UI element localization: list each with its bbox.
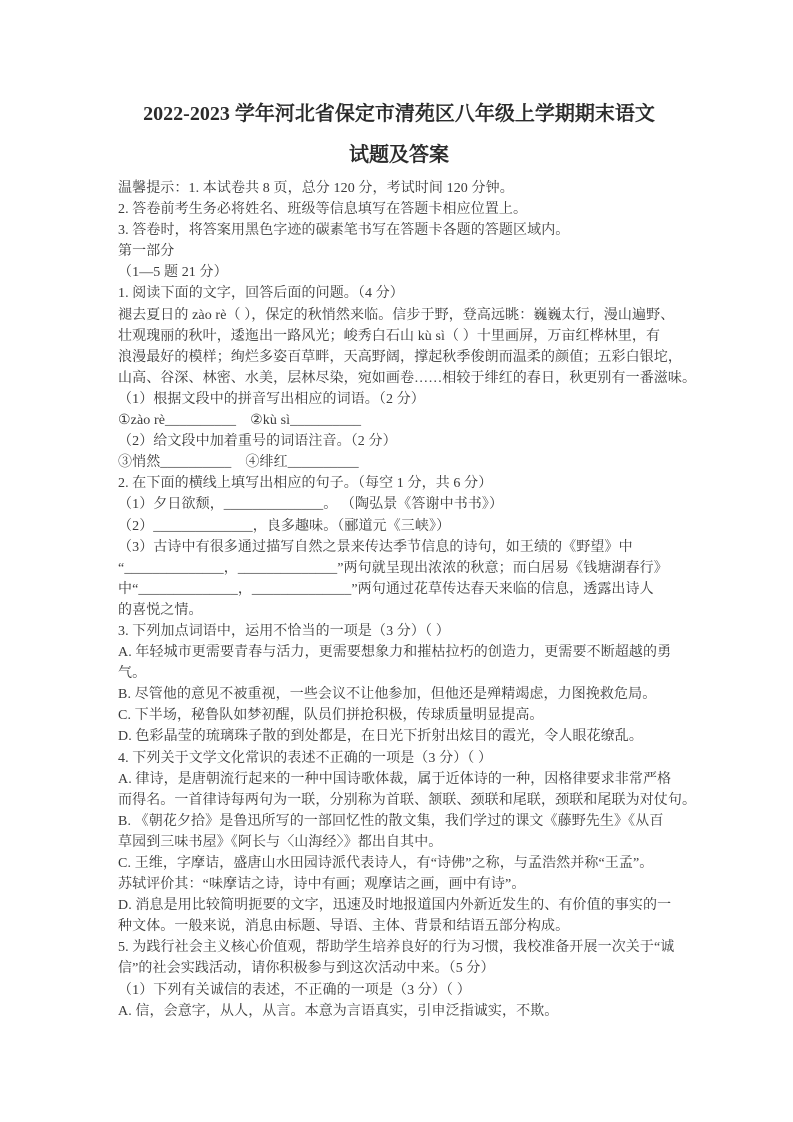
q5-stem-line-1: 5. 为践行社会主义核心价值观，帮助学生培养良好的行为习惯，我校准备开展一次关于…	[118, 937, 680, 958]
q2-item-2: （2）______________，良多趣味。（郦道元《三峡》）	[118, 516, 680, 537]
q3-stem: 3. 下列加点词语中，运用不恰当的一项是（3 分）（ ）	[118, 621, 680, 642]
question-2: 2. 在下面的横线上填写出相应的句子。（每空 1 分，共 6 分） （1）夕日欲…	[118, 473, 680, 621]
q4-option-c-line-2: 苏轼评价其：“味摩诘之诗，诗中有画；观摩诘之画，画中有诗”。	[118, 874, 680, 895]
notice-line-3: 3. 答卷时，将答案用黑色字迹的碳素笔书写在答题卡各题的答题区域内。	[118, 220, 680, 241]
q5-stem-line-2: 信”的社会实践活动，请你积极参与到这次活动中来。（5 分）	[118, 958, 680, 979]
section-range-label: （1—5 题 21 分）	[118, 262, 680, 283]
q5-sub-question-1: （1）下列有关诚信的表述，不正确的一项是（3 分）（ ）	[118, 980, 680, 1001]
q1-stem: 1. 阅读下面的文字，回答后面的问题。（4 分）	[118, 283, 680, 304]
q3-option-a-line-2: 气。	[118, 663, 680, 684]
question-5: 5. 为践行社会主义核心价值观，帮助学生培养良好的行为习惯，我校准备开展一次关于…	[118, 937, 680, 1021]
q2-stem: 2. 在下面的横线上填写出相应的句子。（每空 1 分，共 6 分）	[118, 473, 680, 494]
q1-sub-question-1: （1）根据文段中的拼音写出相应的词语。（2 分）	[118, 389, 680, 410]
q2-item-1: （1）夕日欲颓，______________。 （陶弘景《答谢中书书》）	[118, 494, 680, 515]
q2-item-3-line-2: “______________，______________”两句就呈现出浓浓的…	[118, 558, 680, 579]
q3-option-b: B. 尽管他的意见不被重视，一些会议不让他参加，但他还是殚精竭虑，力图挽救危局。	[118, 684, 680, 705]
q3-option-c: C. 下半场，秘鲁队如梦初醒，队员们拼抢积极，传球质量明显提高。	[118, 705, 680, 726]
q4-option-c-line-1: C. 王维，字摩诘，盛唐山水田园诗派代表诗人，有“诗佛”之称，与孟浩然并称“王孟…	[118, 853, 680, 874]
page-title-line-2: 试题及答案	[118, 135, 680, 176]
q4-option-d-line-2: 种文体。一般来说，消息由标题、导语、主体、背景和结语五部分构成。	[118, 916, 680, 937]
q1-passage-line-4: 山高、谷深、林密、水美，层林尽染，宛如画卷……相较于绯红的春日，秋更别有一番滋味…	[118, 368, 680, 389]
section-part-label: 第一部分	[118, 241, 680, 262]
q3-option-a-line-1: A. 年轻城市更需要青春与活力，更需要想象力和摧枯拉朽的创造力，更需要不断超越的…	[118, 642, 680, 663]
q1-passage-line-2: 壮观瑰丽的秋叶，逶迤出一路风光；峻秀白石山 kù sì（ ）十里画屏，万亩红桦林…	[118, 326, 680, 347]
q2-item-3-line-4: 的喜悦之情。	[118, 600, 680, 621]
exam-notice: 温馨提示：1. 本试卷共 8 页，总分 120 分，考试时间 120 分钟。 2…	[118, 178, 680, 241]
q1-sub-question-2: （2）给文段中加着重号的词语注音。（2 分）	[118, 431, 680, 452]
page-title-line-1: 2022-2023 学年河北省保定市清苑区八年级上学期期末语文	[118, 94, 680, 135]
page-title: 2022-2023 学年河北省保定市清苑区八年级上学期期末语文 试题及答案	[118, 94, 680, 176]
q2-item-3-line-1: （3）古诗中有很多通过描写自然之景来传达季节信息的诗句，如王绩的《野望》中	[118, 537, 680, 558]
notice-line-1: 温馨提示：1. 本试卷共 8 页，总分 120 分，考试时间 120 分钟。	[118, 178, 680, 199]
exam-page: 2022-2023 学年河北省保定市清苑区八年级上学期期末语文 试题及答案 温馨…	[118, 94, 680, 1022]
q3-option-d: D. 色彩晶莹的琉璃珠子散的到处都是，在日光下折射出炫目的霞光，令人眼花缭乱。	[118, 726, 680, 747]
section-header: 第一部分 （1—5 题 21 分）	[118, 241, 680, 283]
q4-stem: 4. 下列关于文学文化常识的表述不正确的一项是（3 分）（ ）	[118, 748, 680, 769]
q1-passage-line-1: 褪去夏日的 zào rè（ ），保定的秋悄然来临。信步于野，登高远眺：巍巍太行，…	[118, 305, 680, 326]
q2-item-3-line-3: 中“______________，______________”两句通过花草传达…	[118, 579, 680, 600]
q4-option-a-line-2: 而得名。一首律诗每两句为一联，分别称为首联、颔联、颈联和尾联，颈联和尾联为对仗句…	[118, 790, 680, 811]
q4-option-b-line-2: 草园到三味书屋》《阿长与〈山海经〉》都出自其中。	[118, 832, 680, 853]
q4-option-d-line-1: D. 消息是用比较简明扼要的文字，迅速及时地报道国内外新近发生的、有价值的事实的…	[118, 895, 680, 916]
q1-answer-blanks-1: ①zào rè__________ ②kù sì__________	[118, 410, 680, 431]
notice-line-2: 2. 答卷前考生务必将姓名、班级等信息填写在答题卡相应位置上。	[118, 199, 680, 220]
question-3: 3. 下列加点词语中，运用不恰当的一项是（3 分）（ ） A. 年轻城市更需要青…	[118, 621, 680, 748]
q4-option-a-line-1: A. 律诗，是唐朝流行起来的一种中国诗歌体裁，属于近体诗的一种，因格律要求非常严…	[118, 769, 680, 790]
question-1: 1. 阅读下面的文字，回答后面的问题。（4 分） 褪去夏日的 zào rè（ ）…	[118, 283, 680, 473]
q5-option-a: A. 信，会意字，从人，从言。本意为言语真实，引申泛指诚实，不欺。	[118, 1001, 680, 1022]
q1-answer-blanks-2: ③悄然__________ ④绯红__________	[118, 452, 680, 473]
q1-passage-line-3: 浪漫最好的模样；绚烂多姿百草畔，天高野阔，撑起秋季俊朗而温柔的颜值；五彩白银坨，	[118, 347, 680, 368]
q4-option-b-line-1: B. 《朝花夕拾》是鲁迅所写的一部回忆性的散文集，我们学过的课文《藤野先生》《从…	[118, 811, 680, 832]
exam-body: 温馨提示：1. 本试卷共 8 页，总分 120 分，考试时间 120 分钟。 2…	[118, 178, 680, 1022]
question-4: 4. 下列关于文学文化常识的表述不正确的一项是（3 分）（ ） A. 律诗，是唐…	[118, 748, 680, 938]
